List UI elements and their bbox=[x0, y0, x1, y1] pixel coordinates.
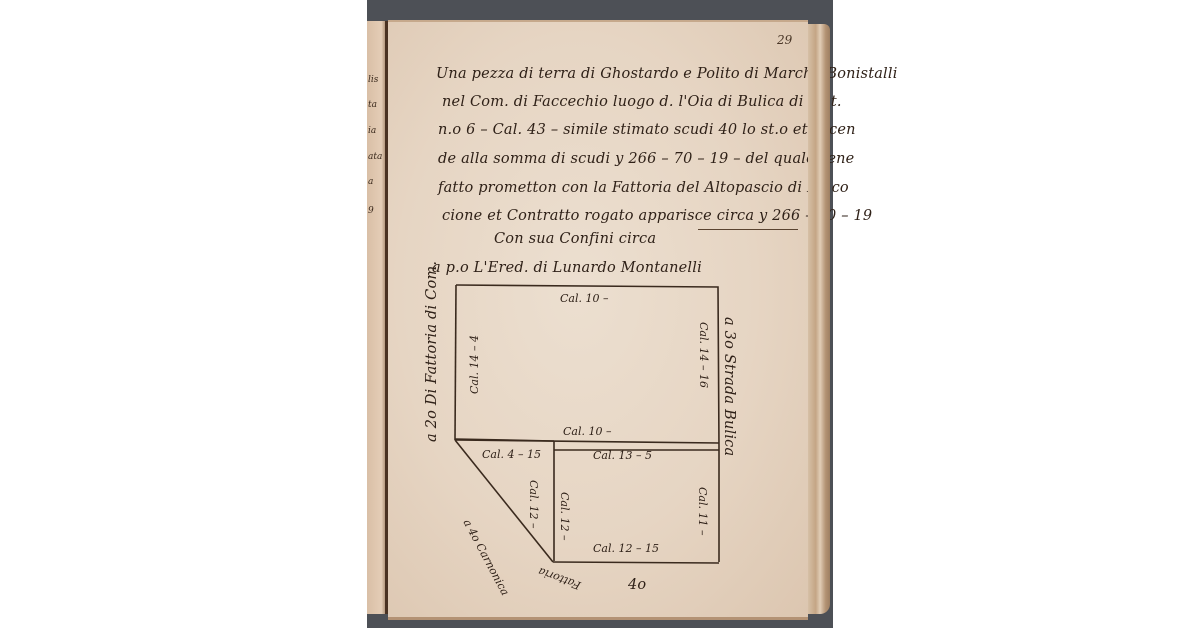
manuscript-page: 29 Una pezza di terra di Ghostardo e Pol… bbox=[388, 20, 808, 620]
manuscript-scan: lis ta ia ata a 9 29 Una pezza di terra … bbox=[367, 0, 833, 628]
facing-page-fragment: a bbox=[368, 178, 384, 187]
east-boundary-label: a 3o Strada Bulica bbox=[721, 317, 737, 456]
facing-page-fragment: 9 bbox=[368, 207, 384, 216]
plan-label-upper-right: Cal. 14 – 16 bbox=[697, 322, 710, 388]
facing-page-fragment: ia bbox=[368, 127, 384, 136]
plan-label-diagonal: Cal. 12 – bbox=[527, 480, 540, 528]
plan-label-middle: Cal. 12 – bbox=[558, 492, 571, 540]
plan-label-lower-right: Cal. 11 – bbox=[696, 487, 709, 535]
west-boundary-label: a 2o Di Fattoria di Com. bbox=[424, 261, 440, 442]
plan-label-lower-left-top: Cal. 4 – 15 bbox=[482, 448, 541, 461]
plan-outline bbox=[455, 285, 719, 563]
plan-label-lower-bottom: Cal. 12 – 15 bbox=[593, 542, 659, 555]
property-plan-diagram bbox=[388, 22, 808, 617]
plan-label-lower-right-top: Cal. 13 – 5 bbox=[593, 449, 652, 462]
plan-label-upper-left: Cal. 14 – 4 bbox=[468, 335, 481, 394]
plan-label-upper-bottom: Cal. 10 – bbox=[563, 425, 611, 438]
plan-label-upper-top: Cal. 10 – bbox=[560, 292, 608, 305]
facing-page-fragment: ta bbox=[368, 101, 384, 110]
page-fore-edge bbox=[808, 24, 830, 614]
facing-page-fragment: ata bbox=[368, 153, 384, 162]
facing-page-edge: lis ta ia ata a 9 bbox=[367, 21, 385, 614]
facing-page-fragment: lis bbox=[368, 76, 384, 85]
south-mark-label: 4o bbox=[628, 577, 646, 593]
